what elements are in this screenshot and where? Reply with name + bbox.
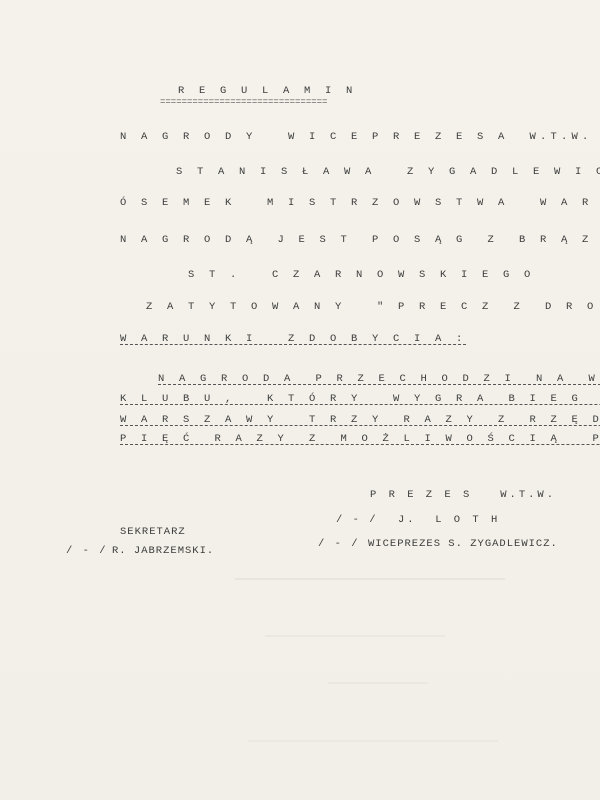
president-title: P R E Z E S W.T.W. (370, 489, 556, 501)
conditions-line-4: P I Ę Ć R A Z Y Z M O Ż L I W O Ś C I Ą … (120, 433, 600, 445)
bleed-through-mark (235, 578, 505, 580)
heading-line-6: Z A T Y T O W A N Y " P R E C Z Z D R O … (146, 301, 600, 313)
heading-line-2: S T A N I S Ł A W A Z Y G A D L E W I C … (176, 166, 600, 178)
heading-line-1: N A G R O D Y W I C E P R E Z E S A W.T.… (120, 131, 593, 143)
heading-line-4: N A G R O D Ą J E S T P O S Ą G Z B R Ą … (120, 234, 600, 246)
conditions-heading: W A R U N K I Z D O B Y C I A : (120, 333, 467, 345)
title-underline-rule: =============================== (160, 97, 327, 107)
bleed-through-mark (328, 682, 428, 684)
bleed-through-mark (248, 740, 498, 742)
document-page: R E G U L A M I N ======================… (0, 0, 600, 800)
heading-line-3: Ó S E M E K M I S T R Z O W S T W A W A … (120, 197, 600, 209)
secretary-title: SEKRETARZ (120, 526, 186, 538)
bleed-through-mark (265, 635, 445, 637)
conditions-line-1: N A G R O D A P R Z E C H O D Z I N A W … (158, 373, 600, 385)
vice-president-name: WICEPREZES S. ZYGADLEWICZ. (368, 538, 558, 550)
president-name: J. L O T H (398, 514, 500, 526)
document-title: R E G U L A M I N (178, 85, 357, 97)
secretary-signature-mark: / - / (66, 545, 108, 557)
vice-president-signature-mark: / - / (318, 538, 360, 550)
secretary-name: R. JABRZEMSKI. (112, 545, 214, 557)
conditions-line-2: K L U B U , K T Ó R Y W Y G R A B I E G … (120, 393, 600, 405)
heading-line-5: S T . C Z A R N O W S K I E G O (188, 269, 535, 281)
president-signature-mark: / - / (336, 514, 378, 526)
conditions-line-3: W A R S Z A W Y T R Z Y R A Z Y Z R Z Ę … (120, 414, 600, 426)
